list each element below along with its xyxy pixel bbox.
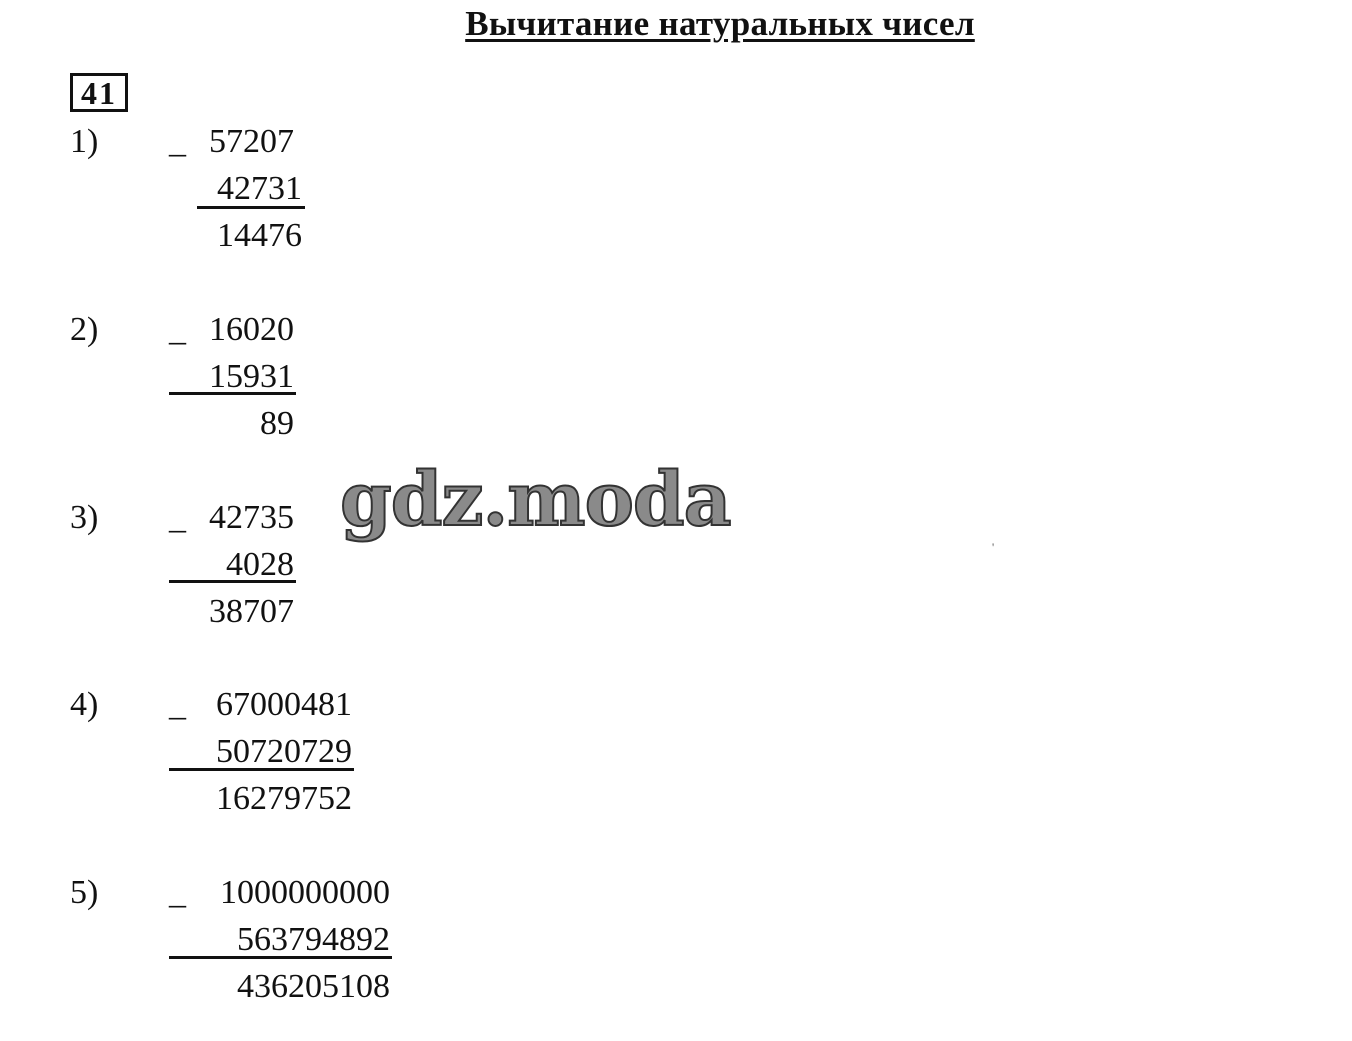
subtraction-line [169, 392, 296, 395]
difference: 38707 [209, 592, 294, 632]
subtrahend: 42731 [217, 169, 302, 209]
minuend: 67000481 [216, 685, 352, 725]
minus-sign: _ [169, 873, 186, 913]
problem-label: 4) [70, 685, 98, 725]
minuend: 42735 [209, 498, 294, 538]
page-title: Вычитание натуральных чисел [441, 4, 999, 44]
minus-sign: _ [169, 685, 186, 725]
subtrahend: 15931 [209, 357, 294, 397]
problem-label: 2) [70, 310, 98, 350]
task-number-box: 41 [70, 73, 128, 112]
problem-1: 1) _ 57207 42731 14476 [0, 122, 600, 262]
minuend: 1000000000 [220, 873, 390, 913]
problem-4: 4) _ 67000481 50720729 16279752 [0, 685, 600, 825]
problem-2: 2) _ 16020 15931 89 [0, 310, 600, 450]
minuend: 57207 [209, 122, 294, 162]
subtrahend: 50720729 [216, 732, 352, 772]
difference: 436205108 [237, 967, 390, 1007]
difference: 16279752 [216, 779, 352, 819]
minuend: 16020 [209, 310, 294, 350]
subtraction-line [169, 956, 392, 959]
subtrahend: 4028 [226, 545, 294, 585]
subtraction-line [197, 206, 305, 209]
difference: 89 [260, 404, 294, 444]
difference: 14476 [217, 216, 302, 256]
subtraction-line [169, 580, 296, 583]
minus-sign: _ [169, 122, 186, 162]
problem-label: 1) [70, 122, 98, 162]
problem-label: 5) [70, 873, 98, 913]
problem-label: 3) [70, 498, 98, 538]
minus-sign: _ [169, 498, 186, 538]
problem-5: 5) _ 1000000000 563794892 436205108 [0, 873, 600, 1013]
minus-sign: _ [169, 310, 186, 350]
stray-mark: ' [992, 540, 994, 555]
subtrahend: 563794892 [237, 920, 390, 960]
watermark-logo: gdz.moda [340, 455, 731, 545]
subtraction-line [169, 768, 354, 771]
